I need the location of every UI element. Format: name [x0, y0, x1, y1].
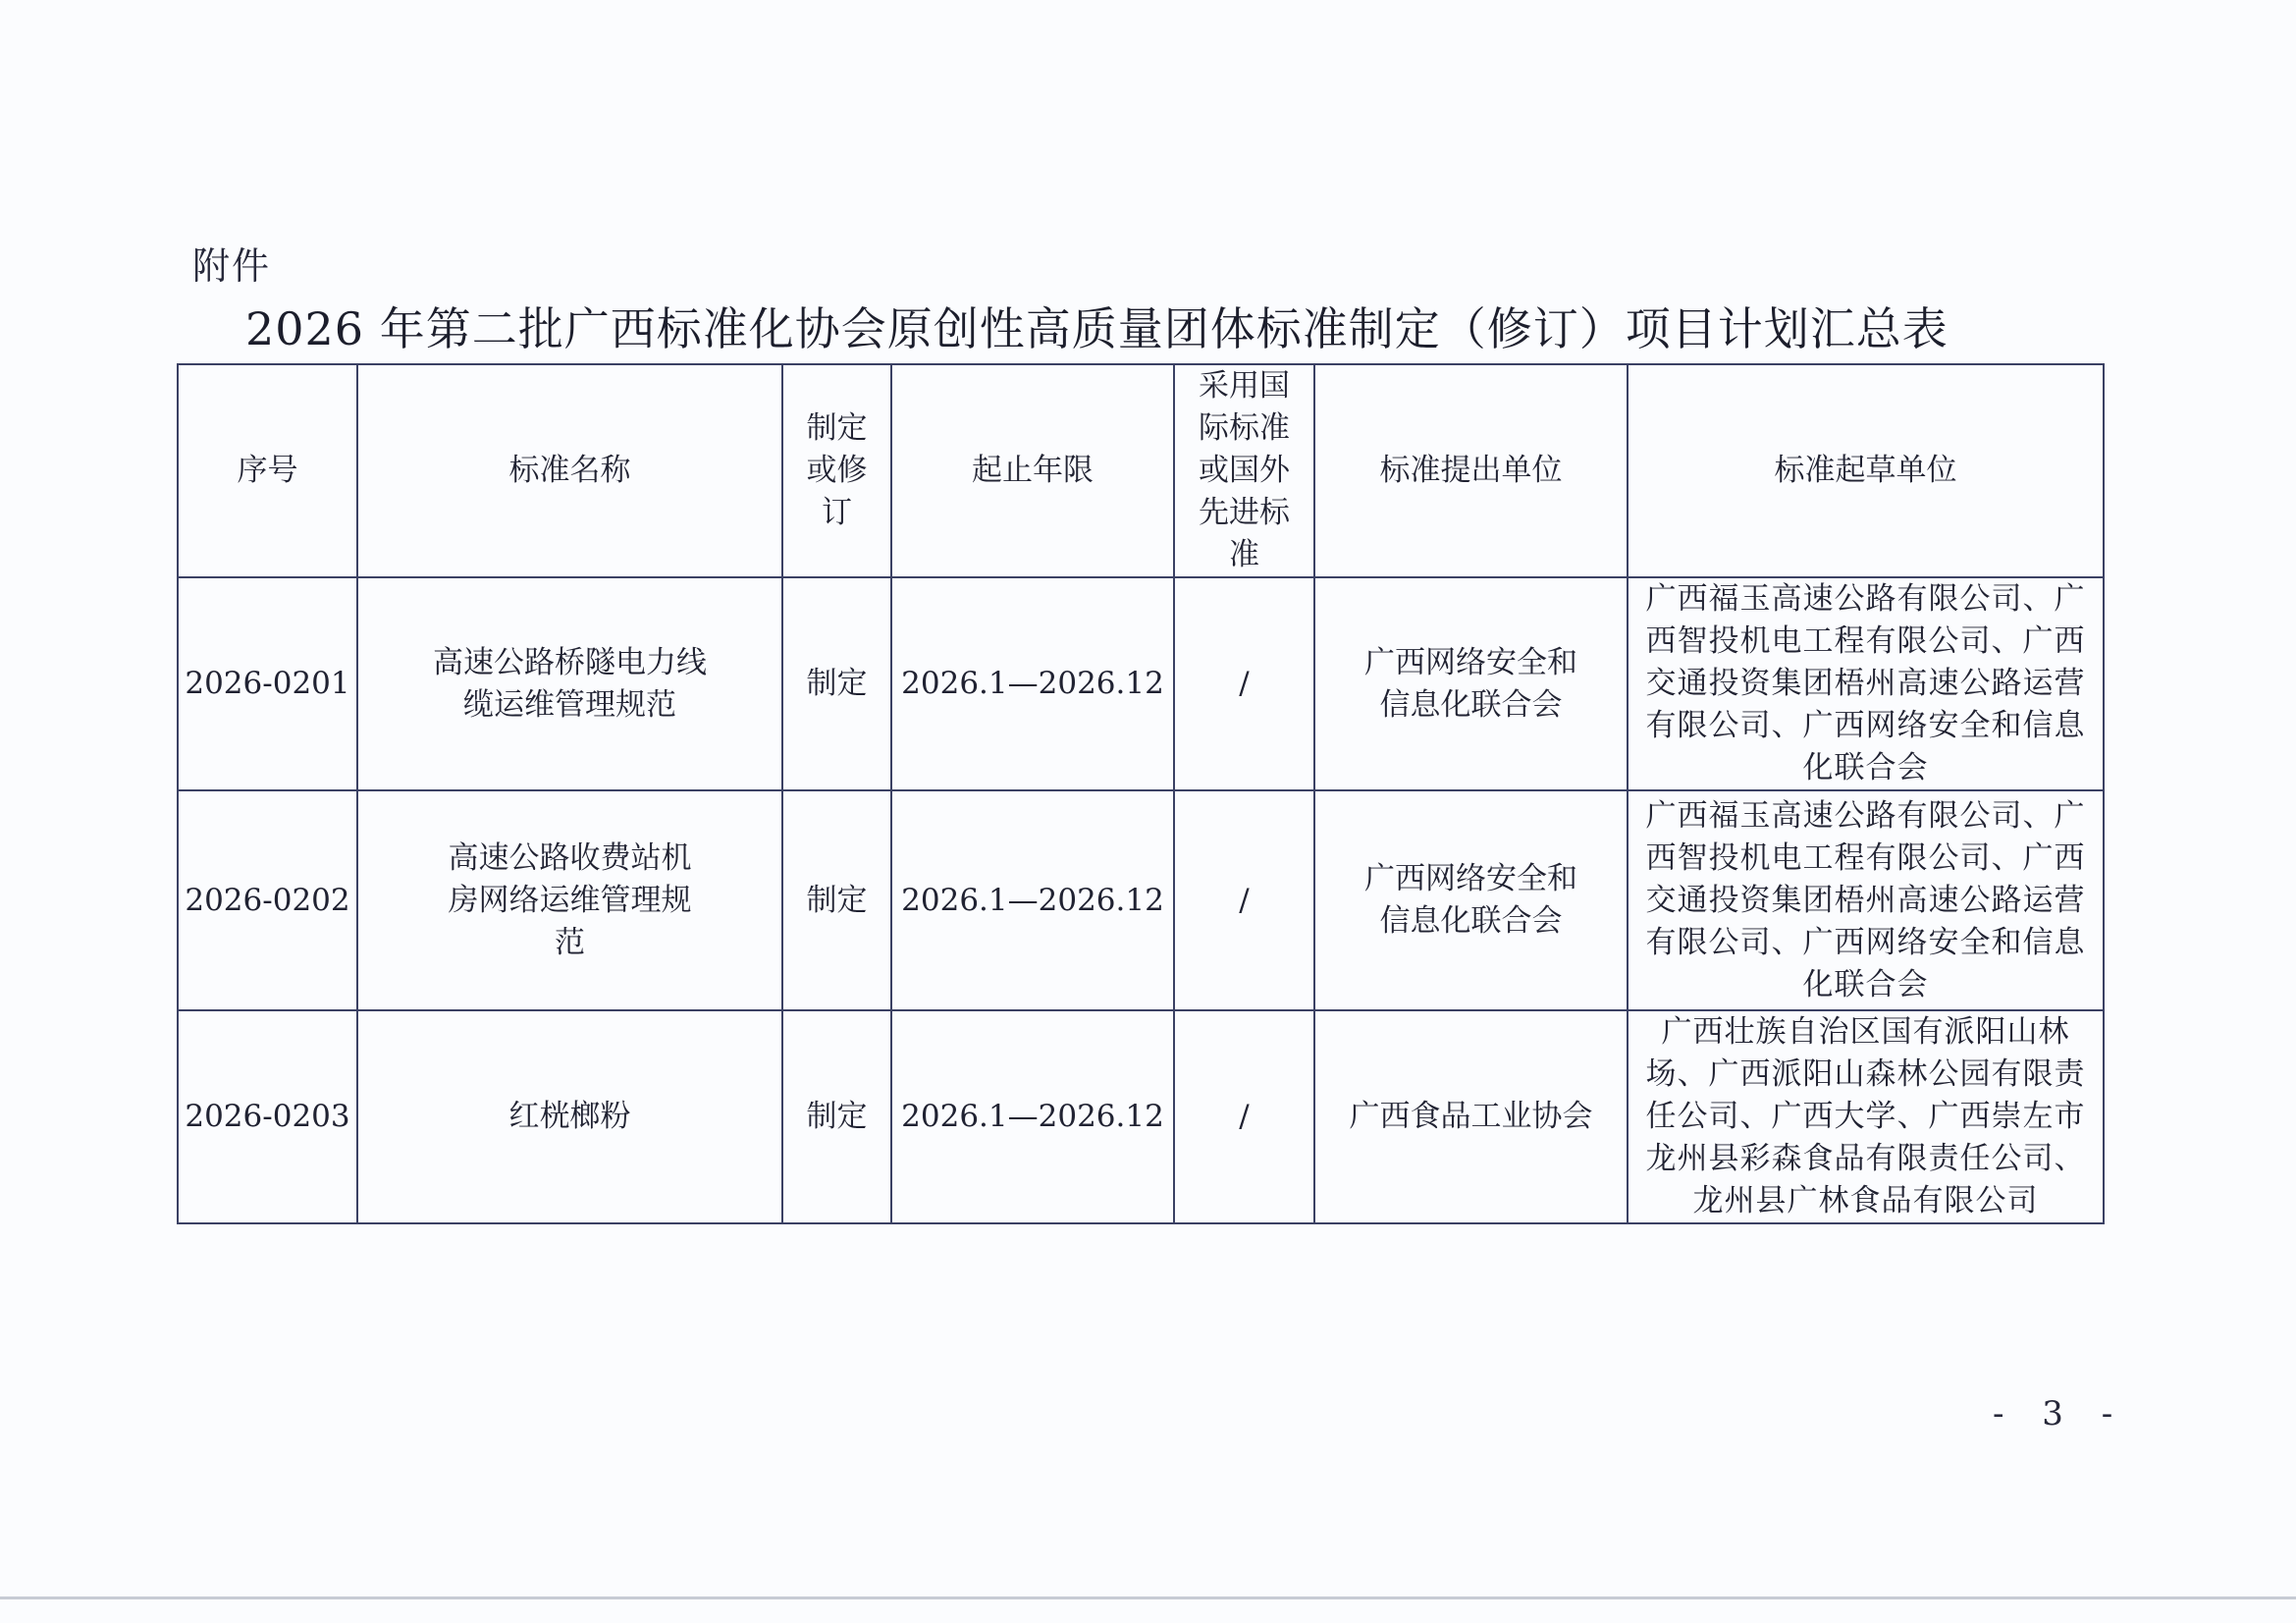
header-intl-label: 采用国际标准或国外先进标准 — [1196, 365, 1293, 576]
cell-intl: / — [1174, 790, 1314, 1010]
cell-proposer-text: 广西网络安全和信息化联合会 — [1364, 858, 1577, 943]
table-row: 2026-0202 高速公路收费站机房网络运维管理规范 制定 2026.1—20… — [178, 790, 2104, 1010]
page-number: - 3 - — [1993, 1394, 2126, 1434]
cell-proposer: 广西网络安全和信息化联合会 — [1314, 790, 1628, 1010]
cell-drafter: 广西福玉高速公路有限公司、广西智投机电工程有限公司、广西交通投资集团梧州高速公路… — [1628, 790, 2104, 1010]
table-row: 2026-0201 高速公路桥隧电力线缆运维管理规范 制定 2026.1—202… — [178, 577, 2104, 790]
cell-type: 制定 — [782, 577, 891, 790]
header-intl: 采用国际标准或国外先进标准 — [1174, 364, 1314, 577]
cell-name-text: 高速公路桥隧电力线缆运维管理规范 — [430, 642, 710, 727]
header-period: 起止年限 — [891, 364, 1174, 577]
cell-proposer: 广西网络安全和信息化联合会 — [1314, 577, 1628, 790]
header-name: 标准名称 — [357, 364, 782, 577]
header-type-label: 制定或修订 — [803, 407, 870, 534]
cell-proposer: 广西食品工业协会 — [1314, 1010, 1628, 1223]
cell-name-text: 高速公路收费站机房网络运维管理规范 — [445, 838, 694, 964]
table-row: 2026-0203 红桄榔粉 制定 2026.1—2026.12 / 广西食品工… — [178, 1010, 2104, 1223]
cell-name: 高速公路收费站机房网络运维管理规范 — [357, 790, 782, 1010]
cell-name: 高速公路桥隧电力线缆运维管理规范 — [357, 577, 782, 790]
cell-drafter: 广西福玉高速公路有限公司、广西智投机电工程有限公司、广西交通投资集团梧州高速公路… — [1628, 577, 2104, 790]
cell-intl: / — [1174, 577, 1314, 790]
cell-period: 2026.1—2026.12 — [891, 1010, 1174, 1223]
cell-seq: 2026-0201 — [178, 577, 357, 790]
cell-period: 2026.1—2026.12 — [891, 577, 1174, 790]
header-drafter: 标准起草单位 — [1628, 364, 2104, 577]
cell-intl: / — [1174, 1010, 1314, 1223]
document-title: 2026 年第二批广西标准化协会原创性高质量团体标准制定（修订）项目计划汇总表 — [245, 299, 2052, 358]
scan-edge-divider — [0, 1596, 2296, 1599]
project-plan-table: 序号 标准名称 制定或修订 起止年限 采用国际标准或国外先进标准 标准提出单位 … — [177, 363, 2105, 1224]
header-proposer: 标准提出单位 — [1314, 364, 1628, 577]
cell-type: 制定 — [782, 1010, 891, 1223]
attachment-label: 附件 — [192, 236, 271, 290]
cell-type: 制定 — [782, 790, 891, 1010]
header-type: 制定或修订 — [782, 364, 891, 577]
cell-proposer-text: 广西网络安全和信息化联合会 — [1364, 642, 1577, 727]
header-seq: 序号 — [178, 364, 357, 577]
table-header-row: 序号 标准名称 制定或修订 起止年限 采用国际标准或国外先进标准 标准提出单位 … — [178, 364, 2104, 577]
cell-drafter: 广西壮族自治区国有派阳山林场、广西派阳山森林公园有限责任公司、广西大学、广西崇左… — [1628, 1010, 2104, 1223]
cell-seq: 2026-0203 — [178, 1010, 357, 1223]
cell-period: 2026.1—2026.12 — [891, 790, 1174, 1010]
cell-seq: 2026-0202 — [178, 790, 357, 1010]
cell-name: 红桄榔粉 — [357, 1010, 782, 1223]
